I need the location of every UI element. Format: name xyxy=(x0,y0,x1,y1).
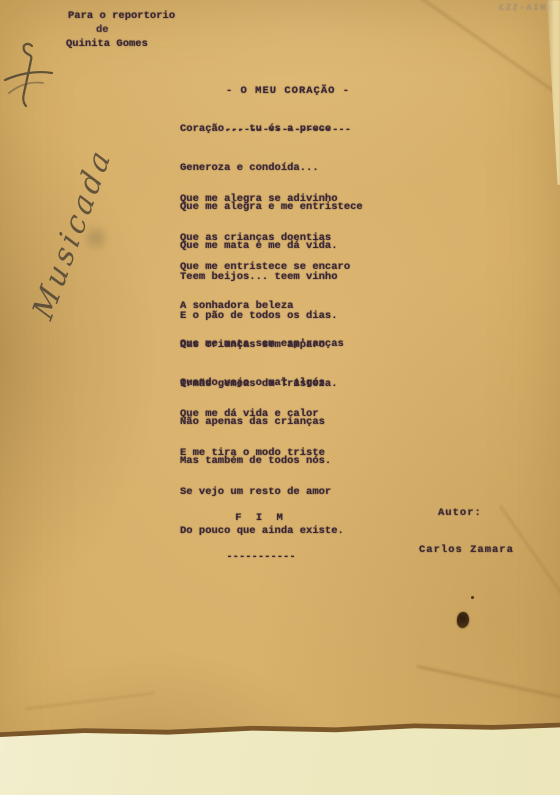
author-label: Autor: xyxy=(438,507,482,520)
scanned-document: Para o reportorio de Quinita Gomes - O M… xyxy=(0,0,560,795)
fim-text: F I M xyxy=(200,512,322,525)
pencil-scribble-icon xyxy=(2,40,57,110)
poem-line: Coração... tu és a prece xyxy=(180,123,363,136)
poem-line: Que me alegra se adivinho xyxy=(180,193,338,206)
poem-line: E me tira o modo triste xyxy=(180,447,344,460)
dedication-line-3: Quinita Gomes xyxy=(66,38,148,51)
ink-blot xyxy=(456,611,470,629)
dedication-line-2: de xyxy=(96,24,109,37)
ink-speck xyxy=(471,596,474,599)
poem-line: Que me dá vida e calor xyxy=(180,408,344,421)
fim-block: F I M ----------- xyxy=(200,486,322,590)
paper-crease xyxy=(499,505,560,629)
faded-stamp: £ZZ-AINV xyxy=(499,3,554,13)
corner-fold xyxy=(540,0,560,185)
poem-line: Que me mata sem esp'ranças xyxy=(180,338,344,351)
paper-sheet: Para o reportorio de Quinita Gomes - O M… xyxy=(0,0,560,795)
dedication-line-1: Para o reportorio xyxy=(68,10,175,23)
paper-crease xyxy=(416,665,560,702)
fim-underline: ----------- xyxy=(200,551,322,564)
author-name: Carlos Zamara xyxy=(419,544,514,557)
poem-line: Que me entristece se encaro xyxy=(180,261,350,274)
paper-crease xyxy=(410,0,560,110)
paper-crease xyxy=(25,692,154,710)
